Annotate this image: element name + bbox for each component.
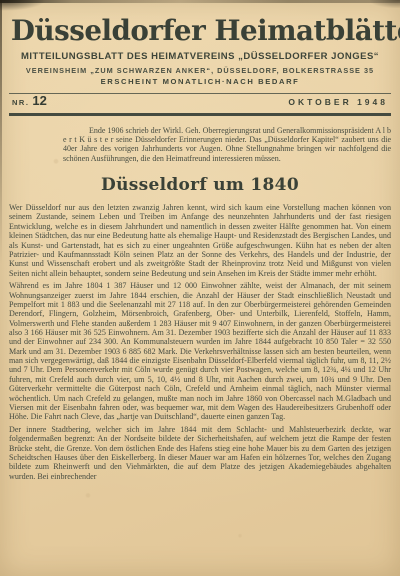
masthead: Düsseldorfer Heimatblätter MITTEILUNGSBL… [9, 16, 391, 86]
issue-row: NR. 12 OKTOBER 1948 [9, 94, 391, 113]
scan-edge-top [0, 0, 400, 3]
article-heading: Düsseldorf um 1840 [9, 175, 391, 195]
issue-label: NR. [12, 98, 29, 107]
article-paragraph-3: Der innere Stadtbering, welcher sich im … [9, 425, 391, 481]
divider-thin [9, 93, 391, 94]
editorial-note: Ende 1906 schrieb der Wirkl. Geh. Oberre… [63, 126, 391, 164]
masthead-address-line: VEREINSHEIM „ZUM SCHWARZEN ANKER“, DÜSSE… [9, 66, 391, 75]
article-paragraph-1: Wer Düsseldorf nur aus den letzten zwanz… [9, 203, 391, 278]
scan-edge-top-right-corner [370, 0, 400, 8]
issue-number: 12 [32, 96, 46, 106]
newsletter-page: Düsseldorfer Heimatblätter MITTEILUNGSBL… [0, 0, 400, 576]
newsletter-title: Düsseldorfer Heimatblätter [11, 16, 389, 46]
masthead-subtitle: MITTEILUNGSBLATT DES HEIMATVEREINS „DÜSS… [9, 51, 391, 62]
masthead-frequency-line: ERSCHEINT MONATLICH·NACH BEDARF [9, 77, 391, 86]
article-paragraph-2: Während es im Jahre 1804 1 387 Häuser un… [9, 281, 391, 421]
scan-edge-left [0, 0, 2, 265]
scan-edge-top-left-corner [0, 0, 46, 11]
divider-thick [9, 113, 391, 116]
issue-date: OKTOBER 1948 [288, 97, 388, 107]
issue-number-group: NR. 12 [12, 96, 47, 107]
